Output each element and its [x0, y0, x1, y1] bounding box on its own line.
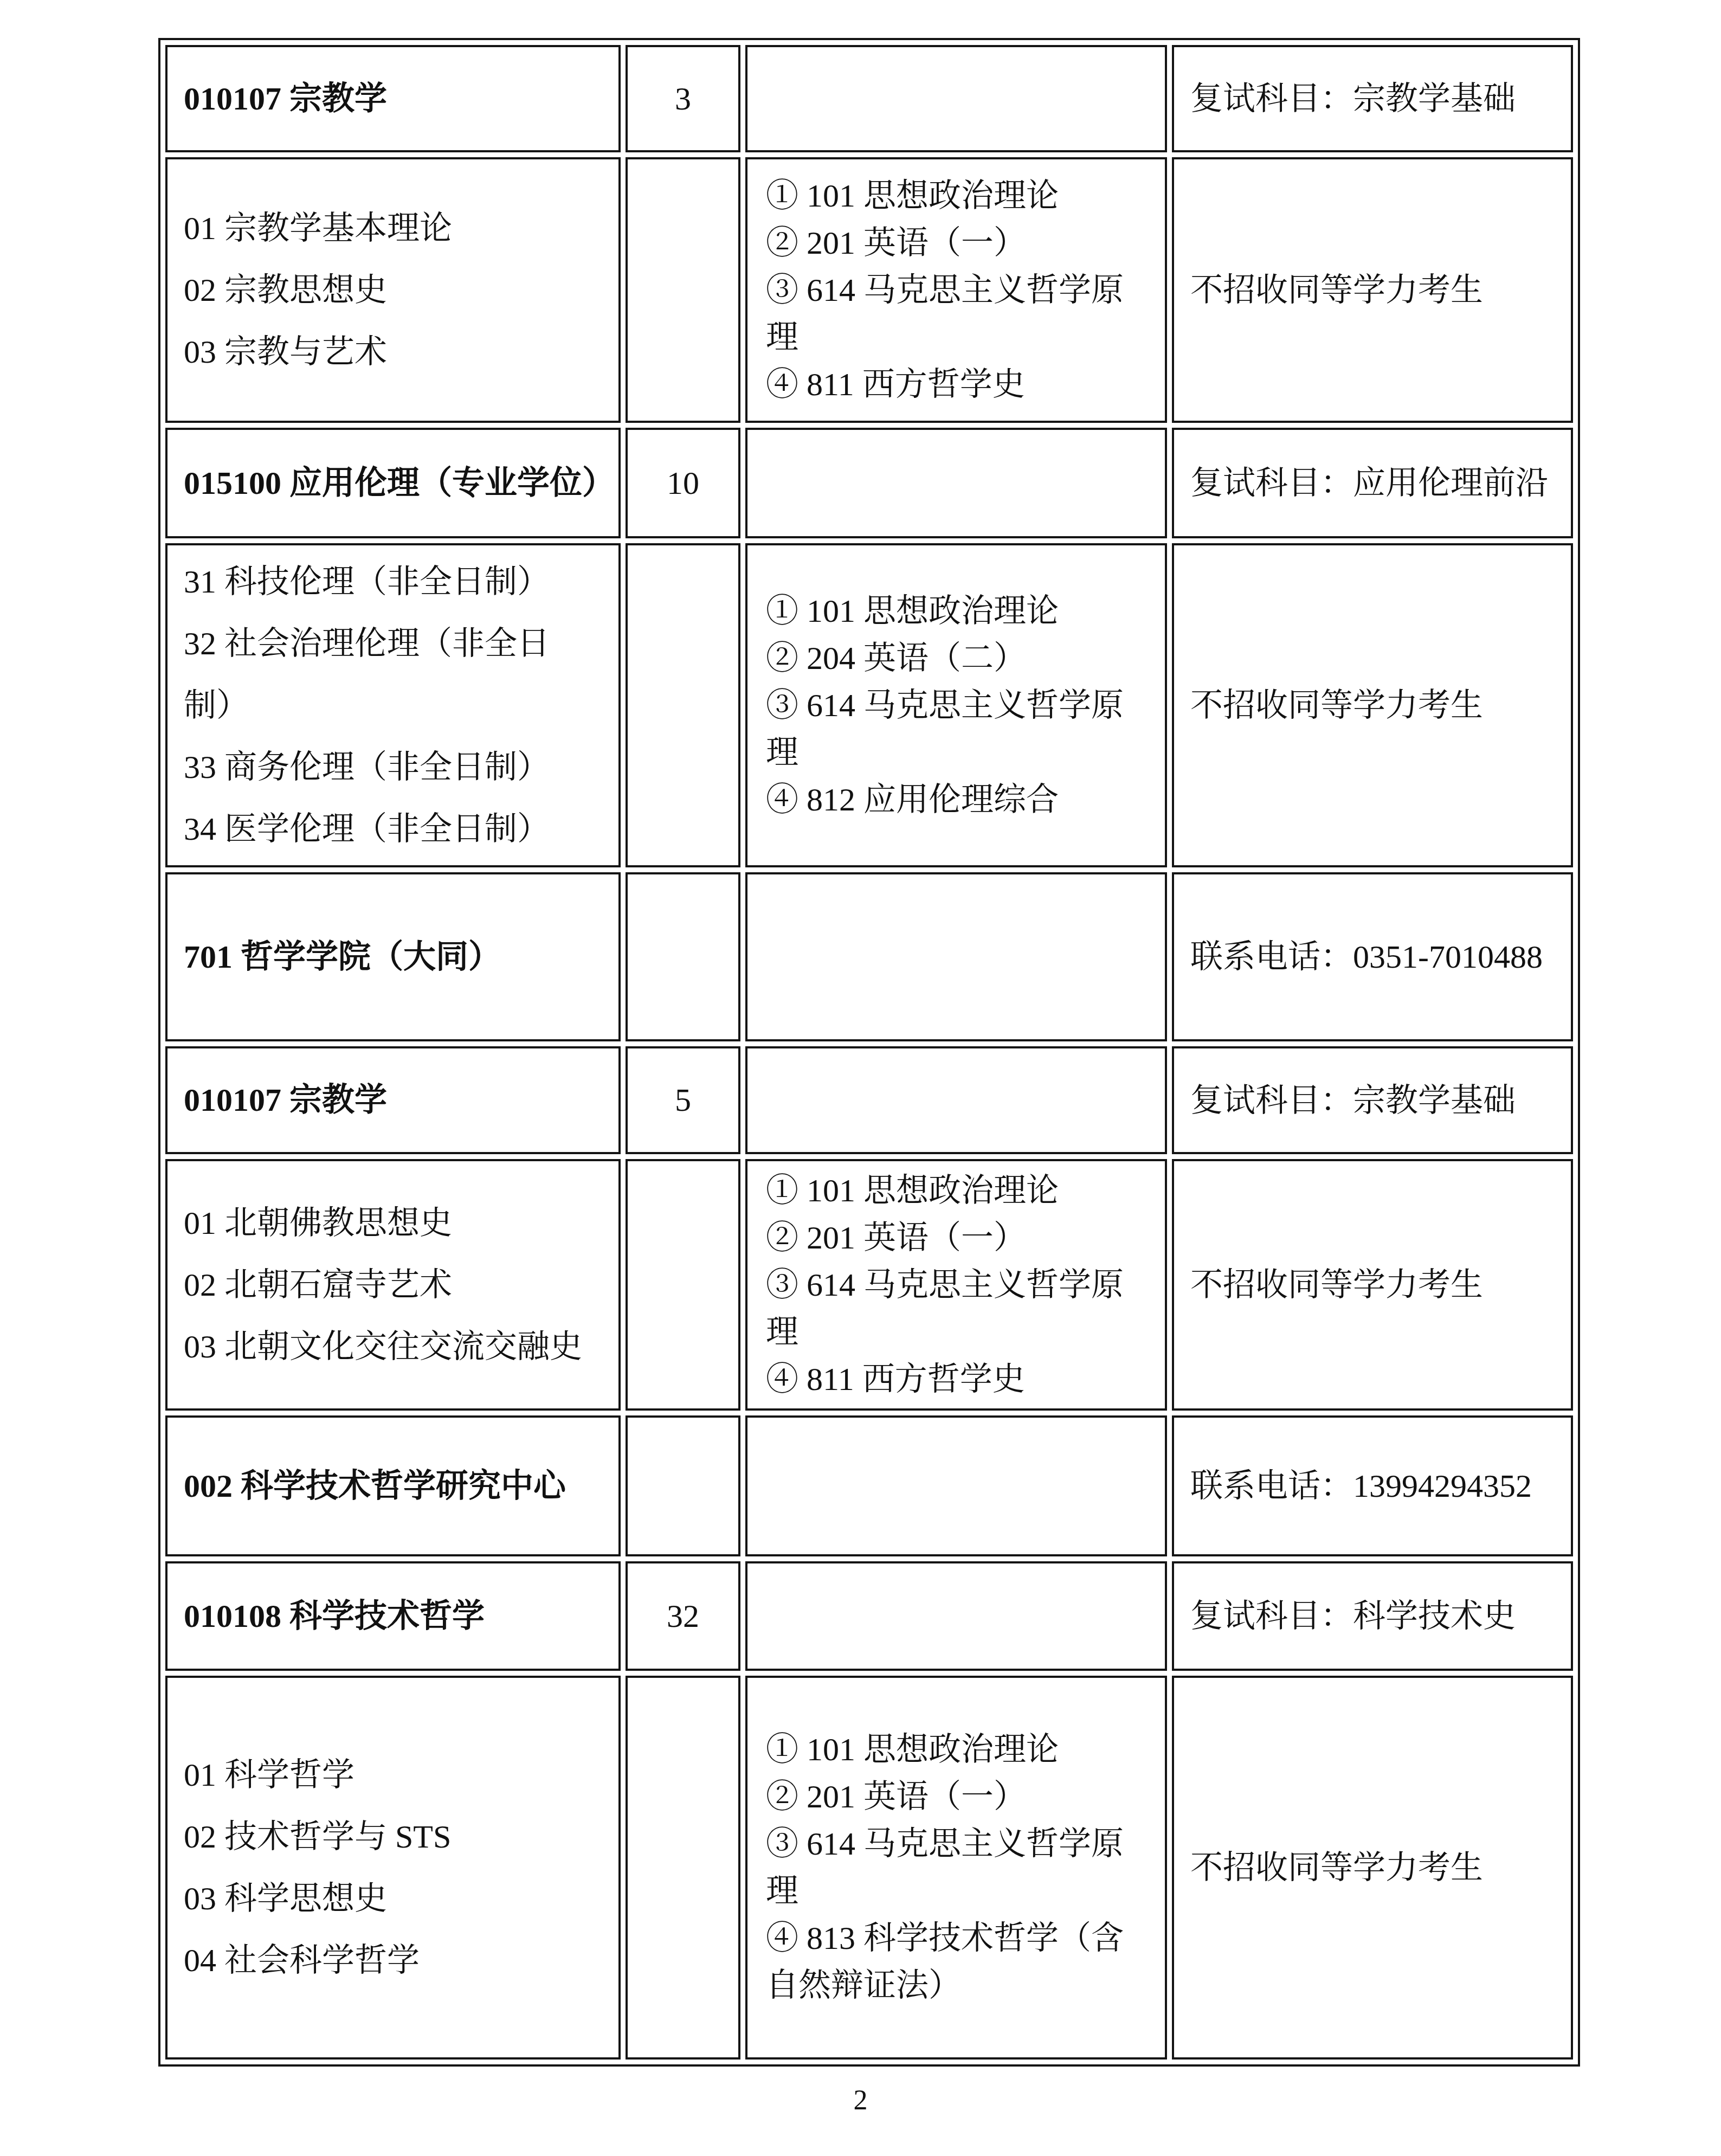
remark-cell: 不招收同等学力考生	[1172, 1159, 1573, 1411]
table-row: 002 科学技术哲学研究中心 联系电话：13994294352	[165, 1415, 1573, 1556]
table-row: 01 科学哲学 02 技术哲学与 STS 03 科学思想史 04 社会科学哲学 …	[165, 1676, 1573, 2060]
research-directions-cell: 01 宗教学基本理论 02 宗教思想史 03 宗教与艺术	[165, 157, 621, 423]
subjects-cell	[745, 428, 1167, 538]
table-row: 010107 宗教学 3 复试科目：宗教学基础	[165, 45, 1573, 152]
table-row: 015100 应用伦理（专业学位） 10 复试科目：应用伦理前沿	[165, 428, 1573, 538]
remark-cell: 复试科目：应用伦理前沿	[1172, 428, 1573, 538]
remark-cell: 不招收同等学力考生	[1172, 543, 1573, 867]
table-row: 010108 科学技术哲学 32 复试科目：科学技术史	[165, 1561, 1573, 1671]
quota-cell	[626, 1415, 740, 1556]
subjects-cell	[745, 1046, 1167, 1154]
remark-cell: 不招收同等学力考生	[1172, 157, 1573, 423]
quota-cell: 3	[626, 45, 740, 152]
remark-cell: 复试科目：宗教学基础	[1172, 1046, 1573, 1154]
contact-phone-cell: 联系电话：13994294352	[1172, 1415, 1573, 1556]
subjects-cell: ① 101 思想政治理论 ② 201 英语（一） ③ 614 马克思主义哲学原理…	[745, 157, 1167, 423]
quota-cell	[626, 157, 740, 423]
subjects-cell	[745, 45, 1167, 152]
program-cell: 010108 科学技术哲学	[165, 1561, 621, 1671]
quota-cell	[626, 872, 740, 1041]
subjects-cell: ① 101 思想政治理论 ② 201 英语（一） ③ 614 马克思主义哲学原理…	[745, 1159, 1167, 1411]
institute-cell: 002 科学技术哲学研究中心	[165, 1415, 621, 1556]
table-row: 31 科技伦理（非全日制） 32 社会治理伦理（非全日制） 33 商务伦理（非全…	[165, 543, 1573, 867]
document-page: 010107 宗教学 3 复试科目：宗教学基础 01 宗教学基本理论 02 宗教…	[0, 0, 1721, 2156]
program-cell: 010107 宗教学	[165, 1046, 621, 1154]
admissions-table: 010107 宗教学 3 复试科目：宗教学基础 01 宗教学基本理论 02 宗教…	[158, 38, 1580, 2067]
remark-cell: 不招收同等学力考生	[1172, 1676, 1573, 2060]
research-directions-cell: 01 北朝佛教思想史 02 北朝石窟寺艺术 03 北朝文化交往交流交融史	[165, 1159, 621, 1411]
program-cell: 010107 宗教学	[165, 45, 621, 152]
subjects-cell: ① 101 思想政治理论 ② 204 英语（二） ③ 614 马克思主义哲学原理…	[745, 543, 1167, 867]
table-row: 01 宗教学基本理论 02 宗教思想史 03 宗教与艺术 ① 101 思想政治理…	[165, 157, 1573, 423]
subjects-cell: ① 101 思想政治理论 ② 201 英语（一） ③ 614 马克思主义哲学原理…	[745, 1676, 1167, 2060]
subjects-cell	[745, 1561, 1167, 1671]
table-row: 701 哲学学院（大同） 联系电话：0351-7010488	[165, 872, 1573, 1041]
research-directions-cell: 01 科学哲学 02 技术哲学与 STS 03 科学思想史 04 社会科学哲学	[165, 1676, 621, 2060]
subjects-cell	[745, 1415, 1167, 1556]
table-row: 01 北朝佛教思想史 02 北朝石窟寺艺术 03 北朝文化交往交流交融史 ① 1…	[165, 1159, 1573, 1411]
research-directions-cell: 31 科技伦理（非全日制） 32 社会治理伦理（非全日制） 33 商务伦理（非全…	[165, 543, 621, 867]
program-cell: 015100 应用伦理（专业学位）	[165, 428, 621, 538]
page-number: 2	[0, 2084, 1721, 2116]
remark-cell: 复试科目：科学技术史	[1172, 1561, 1573, 1671]
subjects-cell	[745, 872, 1167, 1041]
quota-cell: 5	[626, 1046, 740, 1154]
quota-cell: 32	[626, 1561, 740, 1671]
remark-cell: 复试科目：宗教学基础	[1172, 45, 1573, 152]
contact-phone-cell: 联系电话：0351-7010488	[1172, 872, 1573, 1041]
quota-cell	[626, 543, 740, 867]
quota-cell	[626, 1676, 740, 2060]
institute-cell: 701 哲学学院（大同）	[165, 872, 621, 1041]
quota-cell	[626, 1159, 740, 1411]
table-row: 010107 宗教学 5 复试科目：宗教学基础	[165, 1046, 1573, 1154]
quota-cell: 10	[626, 428, 740, 538]
